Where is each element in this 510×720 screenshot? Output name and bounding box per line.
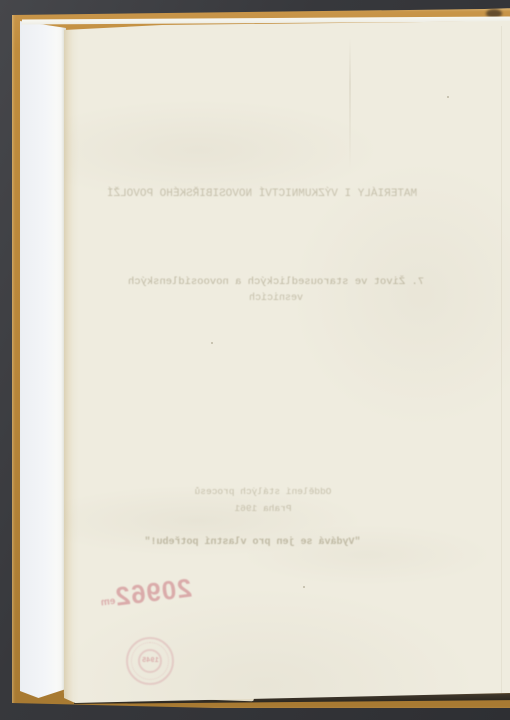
bleedthrough-department-line: Oddělení stálých procesů	[188, 486, 338, 497]
bleedthrough-title-line: MATERIÁLY I VÝZKUMNICTVÍ NOVOSIBIŘSKÉHO …	[103, 188, 421, 201]
library-round-stamp: 1945	[126, 637, 174, 685]
paper-speck	[447, 96, 449, 98]
bleedthrough-place-year-line: Praha 1961	[188, 503, 338, 514]
bleedthrough-chapter-line-2: vesnicích	[126, 293, 426, 305]
page-right-edge-line	[501, 26, 502, 694]
round-stamp-center-text: 1945	[142, 657, 159, 665]
paper-speck	[211, 342, 213, 344]
endpaper-edge	[20, 19, 66, 700]
accession-suffix: em	[100, 596, 116, 609]
round-stamp-inner-ring: 1945	[138, 649, 162, 673]
paper-speck	[303, 586, 305, 588]
vertical-crease	[349, 38, 351, 170]
bleedthrough-note-line: "Vydává se jen pro vlastní potřebu!"	[140, 537, 365, 549]
bleedthrough-chapter-line-1: 7. Život ve starousedlických a novoosídl…	[126, 276, 426, 289]
